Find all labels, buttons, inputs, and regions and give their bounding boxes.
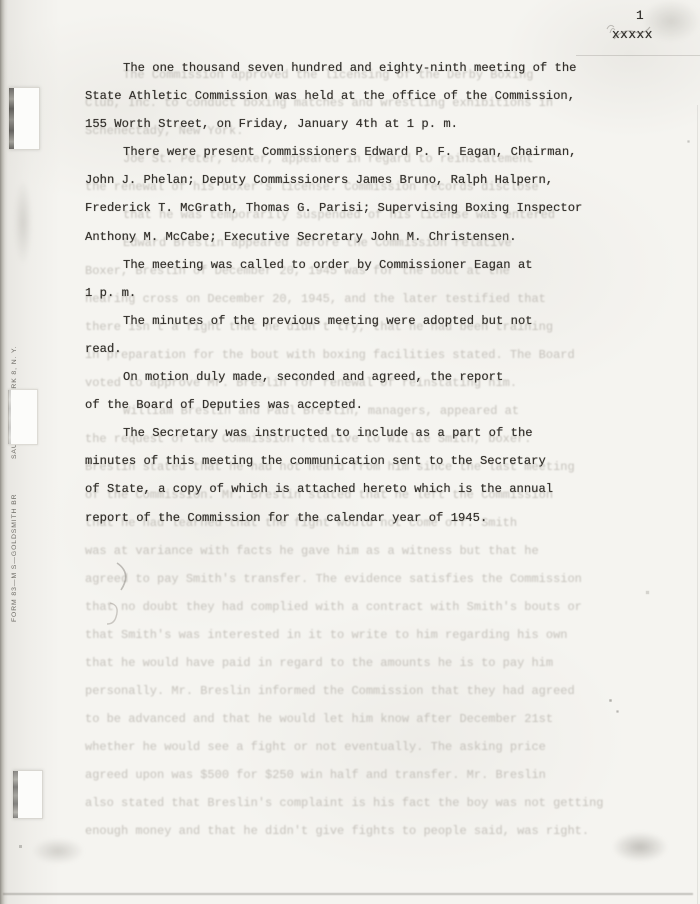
bleedthrough-line: personally. Mr. Breslin informed the Com… [85, 684, 575, 698]
bleedthrough-line: that no doubt they had complied with a c… [85, 600, 582, 614]
bleedthrough-line: agreed to pay Smith's transfer. The evid… [85, 572, 582, 586]
smudge-bottom-right [612, 832, 668, 862]
typed-line: John J. Phelan; Deputy Commissioners Jam… [85, 166, 651, 194]
typed-line: Anthony M. McCabe; Executive Secretary J… [85, 223, 651, 251]
handwritten-squiggle-icon [95, 555, 145, 635]
scan-artifact-line [576, 55, 700, 56]
binding-tab-shadow-bar [13, 771, 18, 818]
bleedthrough-line: also stated that Breslin's complaint is … [85, 796, 603, 810]
typed-line: State Athletic Commission was held at th… [85, 82, 651, 110]
typed-line: report of the Commission for the calenda… [85, 504, 651, 532]
typed-line: The one thousand seven hundred and eight… [85, 54, 651, 82]
binding-tab-middle [8, 389, 38, 445]
typed-line: 1 p. m. [85, 279, 651, 307]
typed-line: 155 Worth Street, on Friday, January 4th… [85, 110, 651, 138]
typed-line: On motion duly made, seconded and agreed… [85, 363, 651, 391]
page-right-edge-shadow [697, 105, 698, 904]
smudge-bottom-left [32, 838, 84, 864]
bleedthrough-line: was at variance with facts he gave him a… [85, 544, 539, 558]
page-bottom-edge-shadow [3, 893, 693, 895]
bleedthrough-line: whether he would see a fight or not even… [85, 740, 546, 754]
binding-tab-shadow-bar [9, 88, 14, 149]
typed-line: of the Board of Deputies was accepted. [85, 391, 651, 419]
ink-specks [0, 0, 1, 1]
pencil-scribble-icon [600, 20, 664, 48]
typed-line: of State, a copy of which is attached he… [85, 475, 651, 503]
scanned-document-page: The Commission approved the licensing of… [0, 0, 700, 904]
typed-line: The Secretary was instructed to include … [85, 419, 651, 447]
binding-tab-top [9, 87, 40, 150]
bleedthrough-line: to be advanced and that he would let him… [85, 712, 553, 726]
typed-document-body: The one thousand seven hundred and eight… [85, 54, 651, 532]
typed-line: read. [85, 335, 651, 363]
bleedthrough-line: agreed upon was $500 for $250 win half a… [85, 768, 546, 782]
typed-line: The meeting was called to order by Commi… [85, 251, 651, 279]
typed-line: minutes of this meeting the communicatio… [85, 447, 651, 475]
typed-line: Frederick T. McGrath, Thomas G. Parisi; … [85, 194, 651, 222]
page-left-edge-shadow [0, 0, 8, 904]
binding-tab-shadow-bar [8, 390, 11, 444]
smudge-left-edge [14, 180, 32, 265]
typed-line: There were present Commissioners Edward … [85, 138, 651, 166]
typed-line: The minutes of the previous meeting were… [85, 307, 651, 335]
bleedthrough-line: that he would have paid in regard to the… [85, 656, 553, 670]
bleedthrough-line: that Smith's was interested in it to wri… [85, 628, 567, 642]
bleedthrough-line: enough money and that he didn't give fig… [85, 824, 589, 838]
binding-edge-form-imprint: FORM 83—M S—GOLDSMITH BR [11, 494, 18, 622]
binding-tab-bottom [13, 770, 43, 819]
